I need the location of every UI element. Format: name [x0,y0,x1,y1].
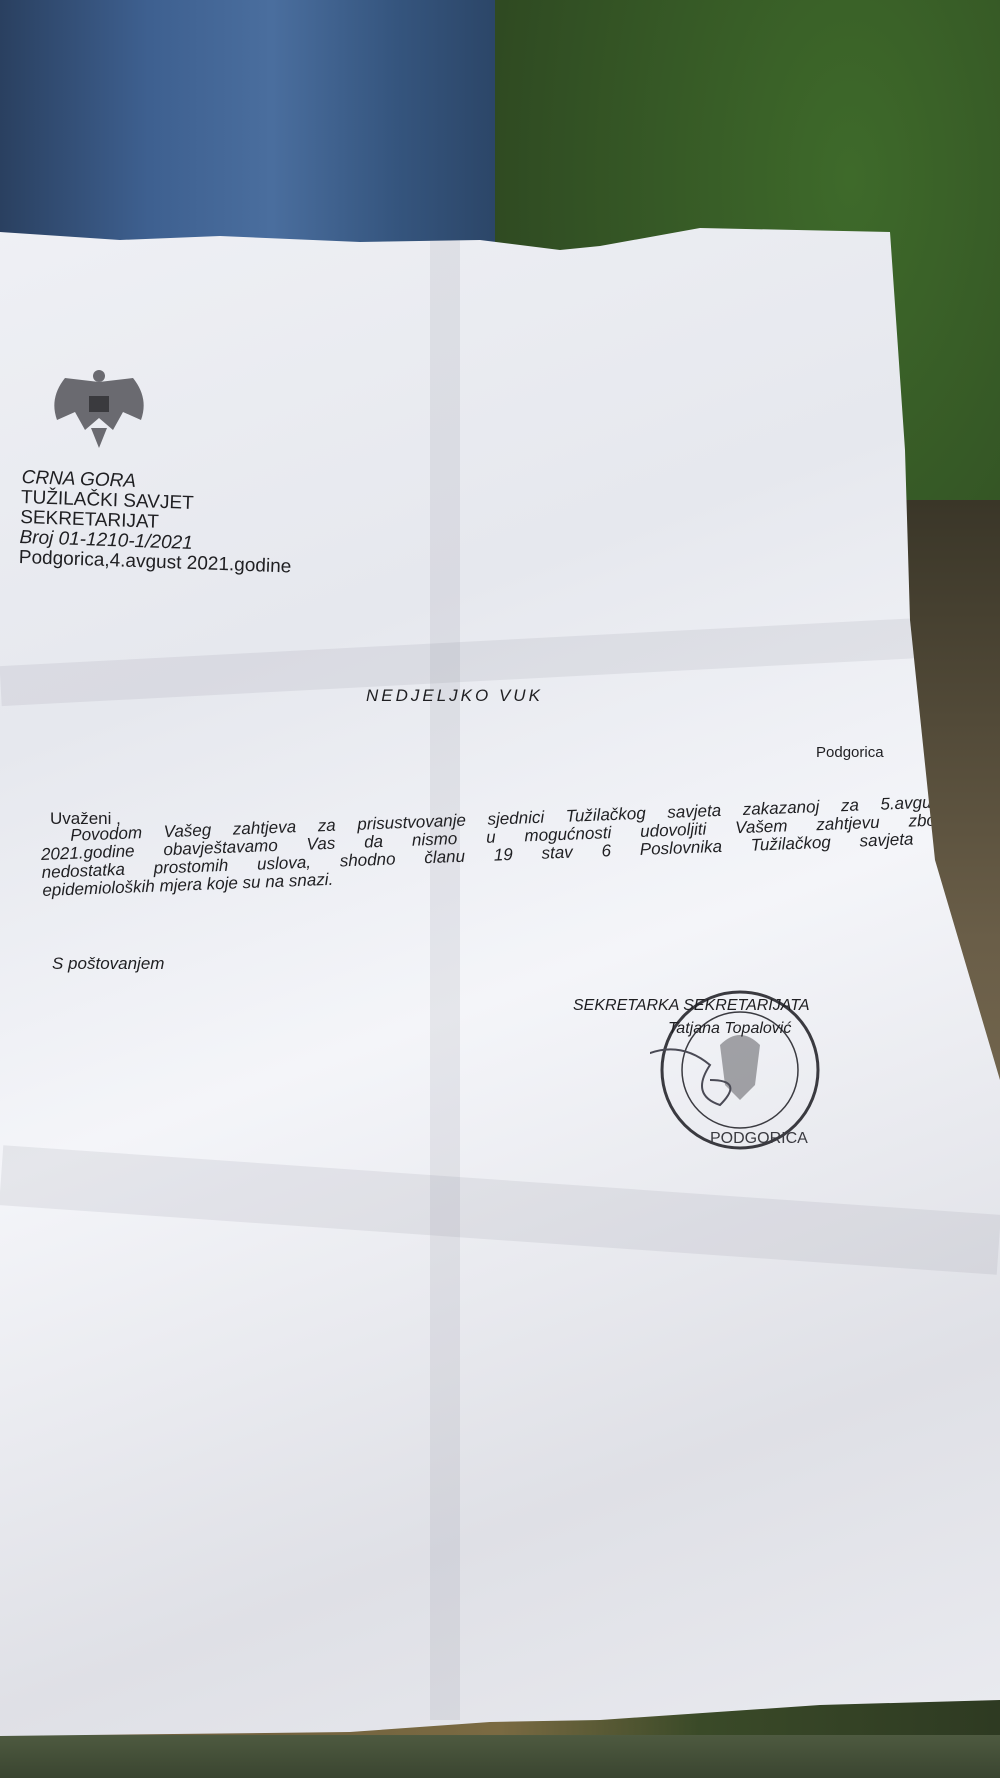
letter-body: Povodom Vašeg zahtjeva za prisustvovanje… [40,793,947,900]
letter-header: CRNA GORA TUŽILAČKI SAVJET SEKRETARIJAT … [19,468,295,577]
letter-paper: CRNA GORA TUŽILAČKI SAVJET SEKRETARIJAT … [0,0,1000,1778]
background-ground-bottom [0,1735,1000,1778]
signature-name: Tatjana Topalović [668,1020,791,1038]
paper-crease [0,1145,1000,1275]
coat-of-arms-icon [45,368,153,450]
paper-crease [430,240,460,1720]
background-person-jeans [0,0,495,250]
recipient-city: Podgorica [816,744,884,761]
letter-closing: S poštovanjem [52,954,164,974]
svg-text:PODGORICA: PODGORICA [710,1130,808,1147]
recipient-name: NEDJELJKO VUK [366,686,543,706]
signature-title: SEKRETARKA SEKRETARIJATA [573,997,810,1015]
